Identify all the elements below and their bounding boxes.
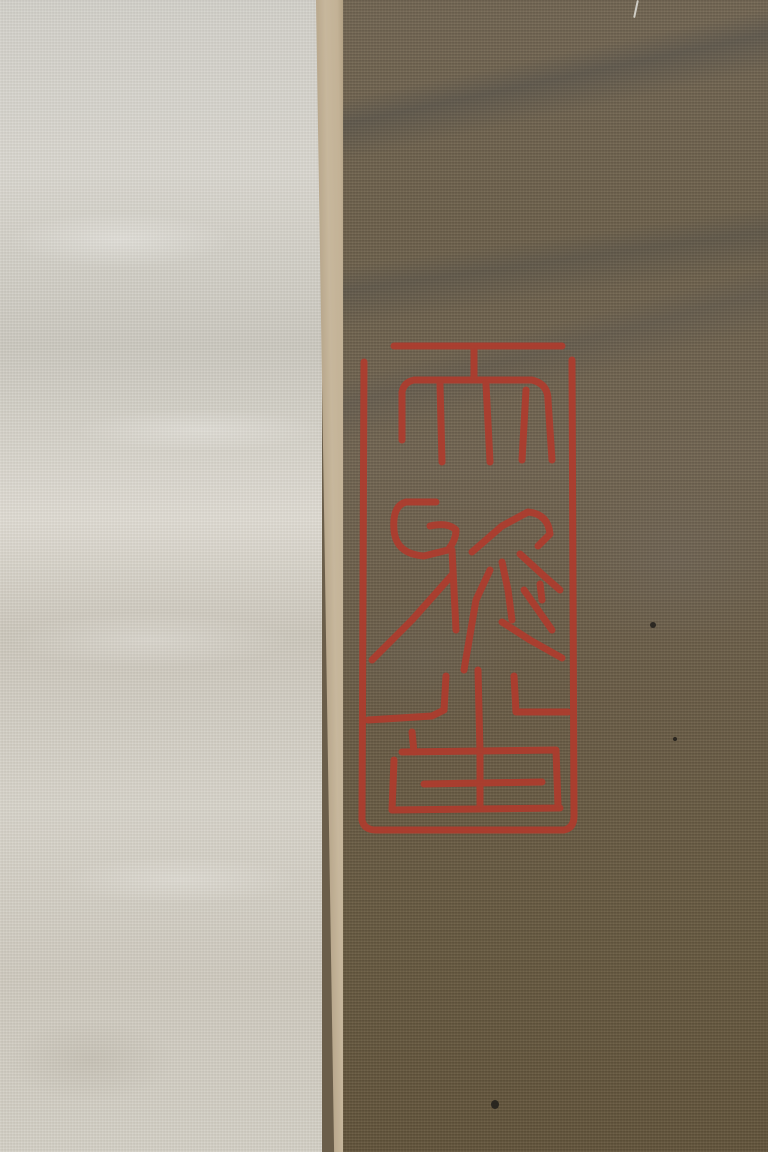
mounting-silk-border: [0, 0, 322, 1152]
red-seal-stamp: Seal-script characters arranged top-to-b…: [352, 340, 584, 836]
photograph: Seal-script characters arranged top-to-b…: [0, 0, 768, 1152]
ink-speck: [650, 622, 656, 628]
white-scratch: [633, 0, 639, 18]
seal-script-glyphs: [352, 340, 584, 836]
ink-speck: [673, 737, 677, 741]
ink-speck: [491, 1100, 499, 1109]
